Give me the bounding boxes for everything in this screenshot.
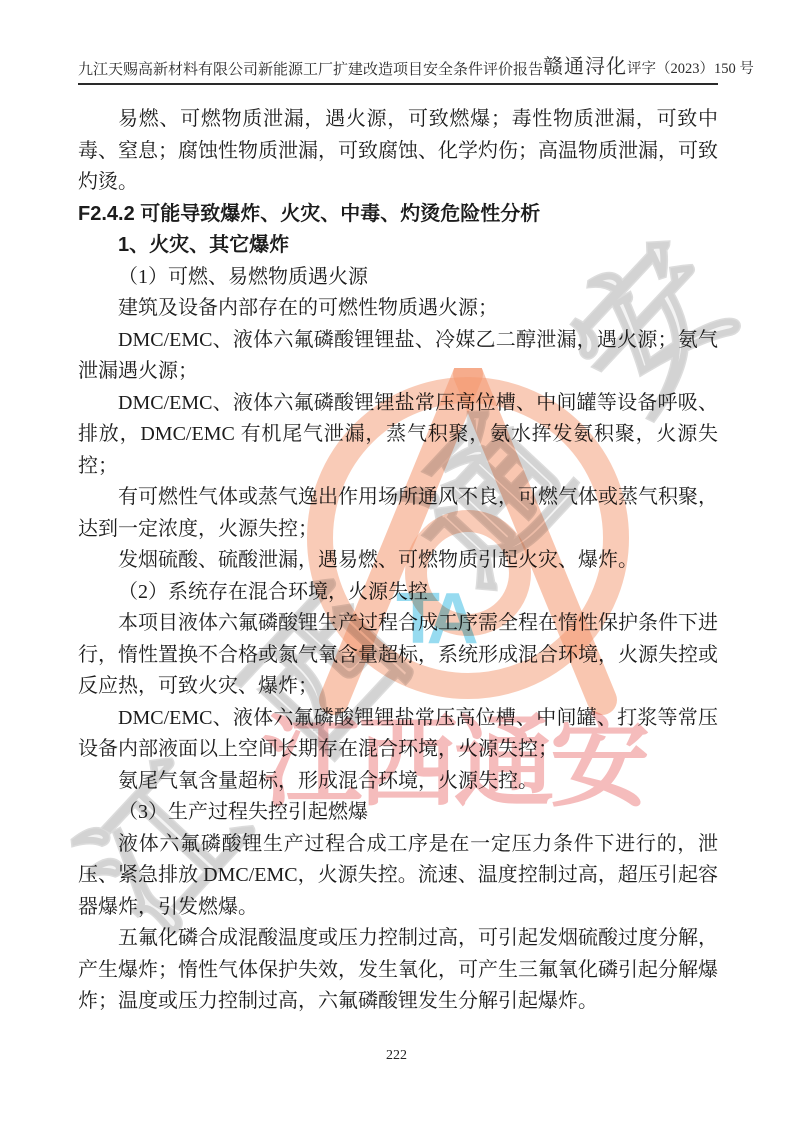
subsection-heading: 1、火灾、其它爆炸 [78,230,718,262]
document-number: 赣通浔化评字（2023）150 号 [543,50,754,79]
paragraph: 氨尾气氧含量超标，形成混合环境，火源失控。 [78,766,718,798]
report-title: 九江天赐高新材料有限公司新能源工厂扩建改造项目安全条件评价报告 [78,58,543,79]
document-page: 江西通安 九江天赐高新材料有限公司新能源工厂扩建改造项目安全条件评价报告 赣通浔… [0,0,793,1122]
page-number: 222 [0,1048,793,1064]
paragraph: （1）可燃、易燃物质遇火源 [78,262,718,294]
document-body: 易燃、可燃物质泄漏，遇火源，可致燃爆；毒性物质泄漏，可致中毒、窒息；腐蚀性物质泄… [78,104,718,1018]
section-heading: F2.4.2 可能导致爆炸、火灾、中毒、灼烫危险性分析 [78,199,718,231]
paragraph: 本项目液体六氟磷酸锂生产过程合成工序需全程在惰性保护条件下进行，惰性置换不合格或… [78,608,718,703]
paragraph: 建筑及设备内部存在的可燃性物质遇火源； [78,293,718,325]
paragraph: DMC/EMC、液体六氟磷酸锂锂盐常压高位槽、中间罐等设备呼吸、排放，DMC/E… [78,388,718,483]
paragraph: （2）系统存在混合环境，火源失控 [78,577,718,609]
paragraph: （3）生产过程失控引起燃爆 [78,797,718,829]
paragraph: 五氟化磷合成混酸温度或压力控制过高，可引起发烟硫酸过度分解，产生爆炸；惰性气体保… [78,923,718,1018]
paragraph: DMC/EMC、液体六氟磷酸锂锂盐、冷媒乙二醇泄漏，遇火源；氨气泄漏遇火源； [78,325,718,388]
paragraph: 易燃、可燃物质泄漏，遇火源，可致燃爆；毒性物质泄漏，可致中毒、窒息；腐蚀性物质泄… [78,104,718,199]
document-number-rest: 评字（2023）150 号 [627,61,754,77]
paragraph: 液体六氟磷酸锂生产过程合成工序是在一定压力条件下进行的，泄压、紧急排放 DMC/… [78,829,718,924]
page-header: 九江天赐高新材料有限公司新能源工厂扩建改造项目安全条件评价报告 赣通浔化评字（2… [78,50,718,85]
paragraph: DMC/EMC、液体六氟磷酸锂锂盐常压高位槽、中间罐、打浆等常压设备内部液面以上… [78,703,718,766]
paragraph: 发烟硫酸、硫酸泄漏，遇易燃、可燃物质引起火灾、爆炸。 [78,545,718,577]
paragraph: 有可燃性气体或蒸气逸出作用场所通风不良，可燃气体或蒸气积聚，达到一定浓度，火源失… [78,482,718,545]
document-number-brand: 赣通浔化 [543,56,627,78]
